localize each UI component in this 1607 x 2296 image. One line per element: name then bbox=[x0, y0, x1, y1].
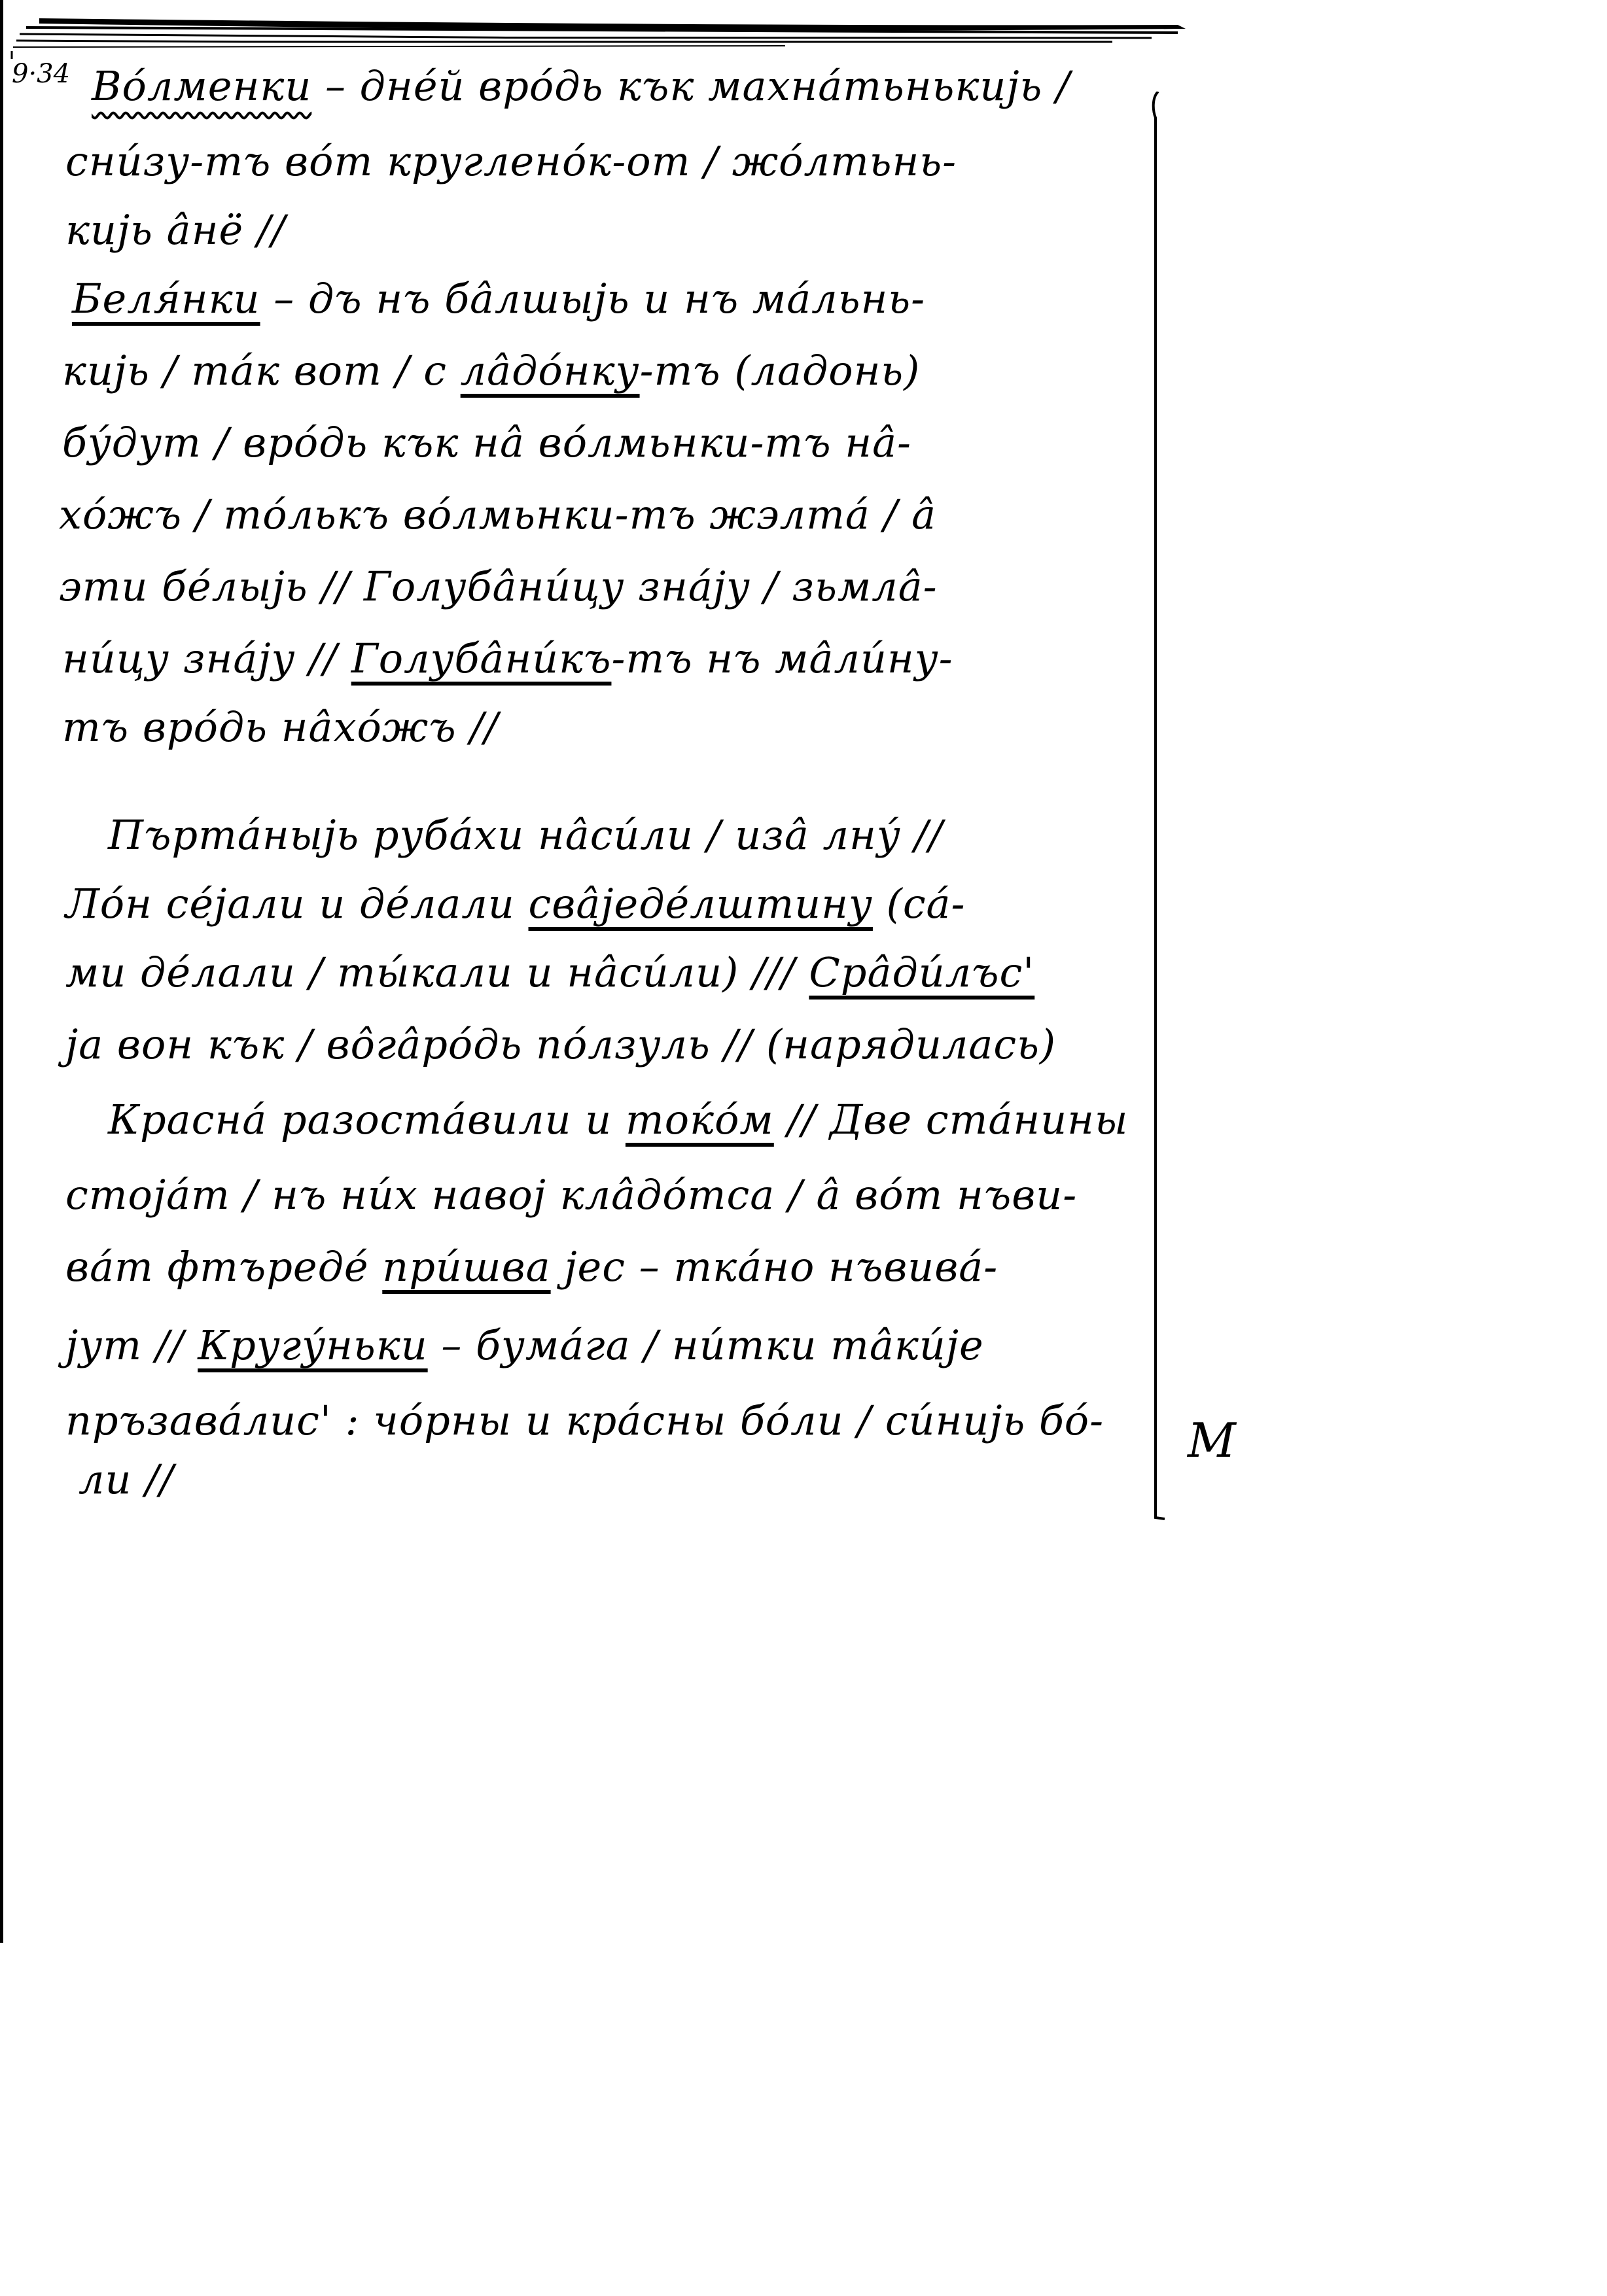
headword: Во́лменки bbox=[92, 62, 311, 110]
text-line-7: хо́жъ / то́лькъ во́лмьнки-тъ жэлта́ / а̂ bbox=[59, 491, 936, 538]
text-segment: ли // bbox=[79, 1455, 174, 1503]
text-line-14: ја вон кък / во̂га̂ро́дь по́лзуль // (на… bbox=[65, 1020, 1056, 1068]
text-line-6: бу́дут / вро́дь кък на̂ во́лмьнки-тъ на̂… bbox=[62, 419, 911, 466]
folio-number: 9·34 bbox=[12, 59, 70, 89]
text-line-10: тъ вро́дь на̂хо́жъ // bbox=[62, 703, 499, 751]
text-segment: -тъ нъ ма̂ли́ну- bbox=[611, 635, 953, 682]
text-line-15: Красна́ разоста́вили и тоќо́м // Две ста… bbox=[108, 1096, 1128, 1143]
text-segment: тъ вро́дь на̂хо́жъ // bbox=[62, 703, 499, 751]
text-segment: – дне́й вро́дь кък махна́тьнькијь / bbox=[311, 62, 1070, 110]
text-segment: јес – тка́но нъвива́- bbox=[551, 1243, 998, 1291]
text-segment: Пърта́ныјь руба́хи на̂си́ли / иза̂ лну́ … bbox=[108, 811, 943, 859]
text-segment: ва́т фтъреде́ bbox=[65, 1243, 382, 1291]
text-segment: ми де́лали / ты́кали и на̂си́ли) /// bbox=[65, 948, 809, 996]
text-segment: ја вон кък / во̂га̂ро́дь по́лзуль // (на… bbox=[65, 1020, 1056, 1068]
text-segment: Ло́н се́јали и де́лали bbox=[65, 880, 529, 928]
scan-left-edge bbox=[0, 0, 3, 1943]
text-line-3: кијь а̂нё // bbox=[65, 206, 286, 254]
text-line-9: ни́цу зна́ју // Голуба̂ни́къ-тъ нъ ма̂ли… bbox=[62, 635, 953, 682]
text-line-11: Пърта́ныјь руба́хи на̂си́ли / иза̂ лну́ … bbox=[108, 811, 943, 859]
text-segment: (са́- bbox=[873, 880, 966, 928]
headword: Беля́нки bbox=[72, 275, 260, 322]
text-line-20: ли // bbox=[79, 1455, 174, 1503]
headword: тоќо́м bbox=[626, 1096, 774, 1143]
text-segment: сни́зу-тъ во́т круглено́к-от / жо́лтьнь- bbox=[65, 137, 957, 185]
text-line-12: Ло́н се́јали и де́лали сва̂једе́лштину (… bbox=[65, 880, 965, 928]
text-segment: – бума́га / ни́тки та̂ки́је bbox=[428, 1321, 984, 1369]
headword: сва̂једе́лштину bbox=[529, 880, 873, 928]
headword: ла̂до́нку bbox=[461, 347, 640, 394]
text-segment: эти бе́лыјь // Голуба̂ни́цу зна́ју / зьм… bbox=[59, 563, 938, 610]
text-line-17: ва́т фтъреде́ при́шва јес – тка́но нъвив… bbox=[65, 1243, 998, 1291]
text-line-18: јут // Кругу́ньки – бума́га / ни́тки та̂… bbox=[65, 1321, 984, 1369]
text-line-19: пръзава́лис' : чо́рны и кра́сны бо́ли / … bbox=[65, 1397, 1104, 1444]
text-segment: јут // bbox=[65, 1321, 198, 1369]
headword: Сра̂ди́лъс' bbox=[809, 948, 1034, 996]
margin-note: М bbox=[1188, 1413, 1236, 1468]
text-segment: // Две ста́нины bbox=[774, 1096, 1129, 1143]
text-segment: пръзава́лис' : чо́рны и кра́сны бо́ли / … bbox=[65, 1397, 1104, 1444]
text-segment: – дъ нъ ба̂лшыјь и нъ ма́льнь- bbox=[260, 275, 925, 322]
headword: Голуба̂ни́къ bbox=[351, 635, 612, 682]
manuscript-page: 9·34 Во́лменки – дне́й вро́дь кък махна́… bbox=[0, 0, 1607, 2296]
text-line-13: ми де́лали / ты́кали и на̂си́ли) /// Сра… bbox=[65, 948, 1034, 996]
text-segment: хо́жъ / то́лькъ во́лмьнки-тъ жэлта́ / а̂ bbox=[59, 491, 936, 538]
text-segment: стоја́т / нъ ни́х навој кла̂до́тса / а̂ … bbox=[65, 1171, 1077, 1219]
text-segment: бу́дут / вро́дь кък на̂ во́лмьнки-тъ на̂… bbox=[62, 419, 911, 466]
headword: Кругу́ньки bbox=[198, 1321, 427, 1369]
text-line-16: стоја́т / нъ ни́х навој кла̂до́тса / а̂ … bbox=[65, 1171, 1077, 1219]
headword: при́шва bbox=[382, 1243, 550, 1291]
right-margin-rule bbox=[1139, 92, 1178, 1531]
text-line-5: кијь / та́к вот / с ла̂до́нку-тъ (ладонь… bbox=[62, 347, 920, 394]
text-line-8: эти бе́лыјь // Голуба̂ни́цу зна́ју / зьм… bbox=[59, 563, 938, 610]
text-line-2: сни́зу-тъ во́т круглено́к-от / жо́лтьнь- bbox=[65, 137, 957, 185]
text-segment: Красна́ разоста́вили и bbox=[108, 1096, 626, 1143]
text-line-4: Беля́нки – дъ нъ ба̂лшыјь и нъ ма́льнь- bbox=[72, 275, 925, 322]
text-segment: кијь / та́к вот / с bbox=[62, 347, 461, 394]
text-segment: -тъ (ладонь) bbox=[640, 347, 921, 394]
text-segment: ни́цу зна́ју // bbox=[62, 635, 351, 682]
text-segment: кијь а̂нё // bbox=[65, 206, 286, 254]
text-line-1: Во́лменки – дне́й вро́дь кък махна́тьньк… bbox=[92, 62, 1070, 110]
